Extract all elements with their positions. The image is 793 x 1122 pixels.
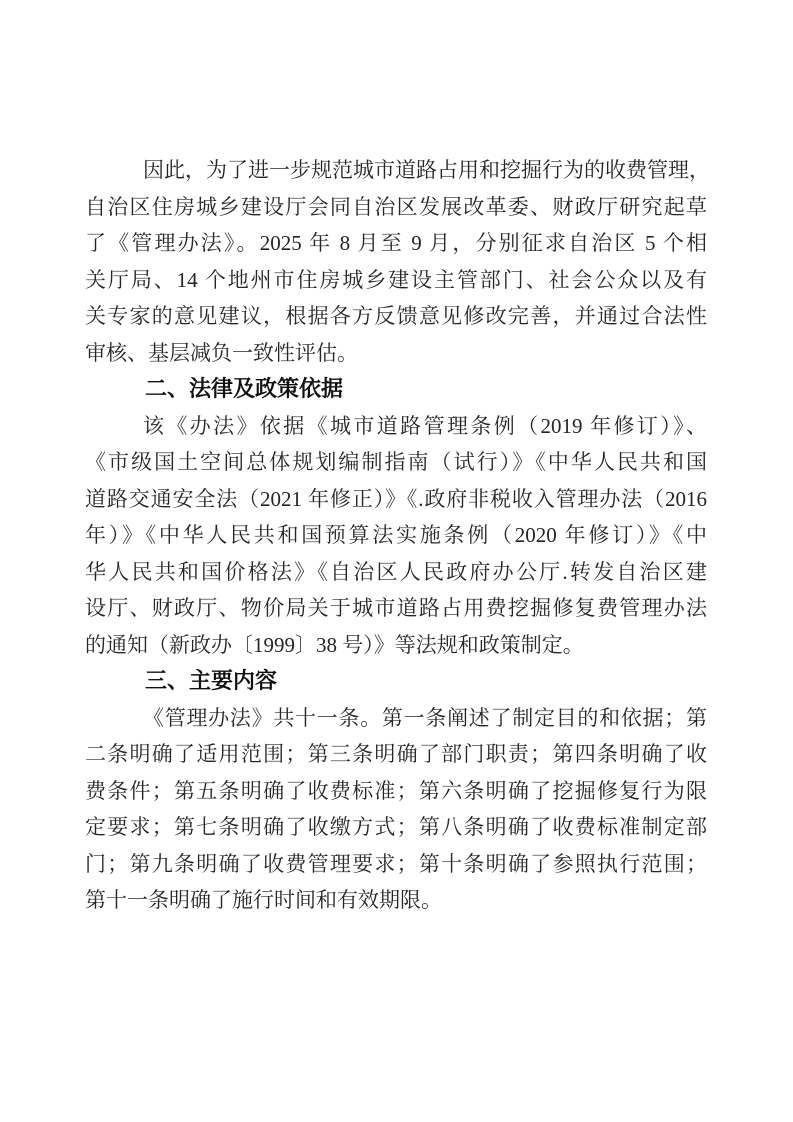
text-line: 关专家的意见建议，根据各方反馈意见修改完善，并通过合法性: [85, 298, 707, 335]
text-line: 了《管理办法》。2025 年 8 月至 9 月，分别征求自治区 5 个相: [85, 225, 707, 262]
document-page: 因此，为了进一步规范城市道路占用和挖掘行为的收费管理，自治区住房城乡建设厅会同自…: [0, 0, 793, 1122]
document-content: 因此，为了进一步规范城市道路占用和挖掘行为的收费管理，自治区住房城乡建设厅会同自…: [85, 152, 707, 919]
heading-legal-policy-basis: 二、法律及政策依据: [85, 371, 707, 408]
paragraph-legal-policy-basis: 该《办法》依据《城市道路管理条例（2019 年修订）》、《市级国土空间总体规划编…: [85, 408, 707, 664]
text-line: 《管理办法》共十一条。第一条阐述了制定目的和依据；第: [85, 700, 707, 737]
text-line: 道路交通安全法（2021 年修正）》《.政府非税收入管理办法（2016: [85, 481, 707, 518]
text-line: 门；第九条明确了收费管理要求；第十条明确了参照执行范围；: [85, 846, 707, 883]
text-line: 因此，为了进一步规范城市道路占用和挖掘行为的收费管理，: [85, 152, 707, 189]
text-line: 《市级国土空间总体规划编制指南（试行）》《中华人民共和国: [85, 444, 707, 481]
text-line: 审核、基层减负一致性评估。: [85, 335, 707, 372]
heading-main-content: 三、主要内容: [85, 663, 707, 700]
text-line: 的通知（新政办〔1999〕38 号）》等法规和政策制定。: [85, 627, 707, 664]
text-line: 二条明确了适用范围；第三条明确了部门职责；第四条明确了收: [85, 736, 707, 773]
text-line: 该《办法》依据《城市道路管理条例（2019 年修订）》、: [85, 408, 707, 445]
text-line: 定要求；第七条明确了收缴方式；第八条明确了收费标准制定部: [85, 809, 707, 846]
text-line: 第十一条明确了施行时间和有效期限。: [85, 882, 707, 919]
text-line: 关厅局、14 个地州市住房城乡建设主管部门、社会公众以及有: [85, 262, 707, 299]
paragraph-main-content: 《管理办法》共十一条。第一条阐述了制定目的和依据；第二条明确了适用范围；第三条明…: [85, 700, 707, 919]
text-line: 费条件；第五条明确了收费标准；第六条明确了挖掘修复行为限: [85, 773, 707, 810]
text-line: 自治区住房城乡建设厅会同自治区发展改革委、财政厅研究起草: [85, 189, 707, 226]
text-line: 华人民共和国价格法》《自治区人民政府办公厅.转发自治区建: [85, 554, 707, 591]
text-line: 设厅、财政厅、物价局关于城市道路占用费挖掘修复费管理办法: [85, 590, 707, 627]
text-line: 年）》《中华人民共和国预算法实施条例（2020 年修订）》《中: [85, 517, 707, 554]
paragraph-drafting-process: 因此，为了进一步规范城市道路占用和挖掘行为的收费管理，自治区住房城乡建设厅会同自…: [85, 152, 707, 371]
